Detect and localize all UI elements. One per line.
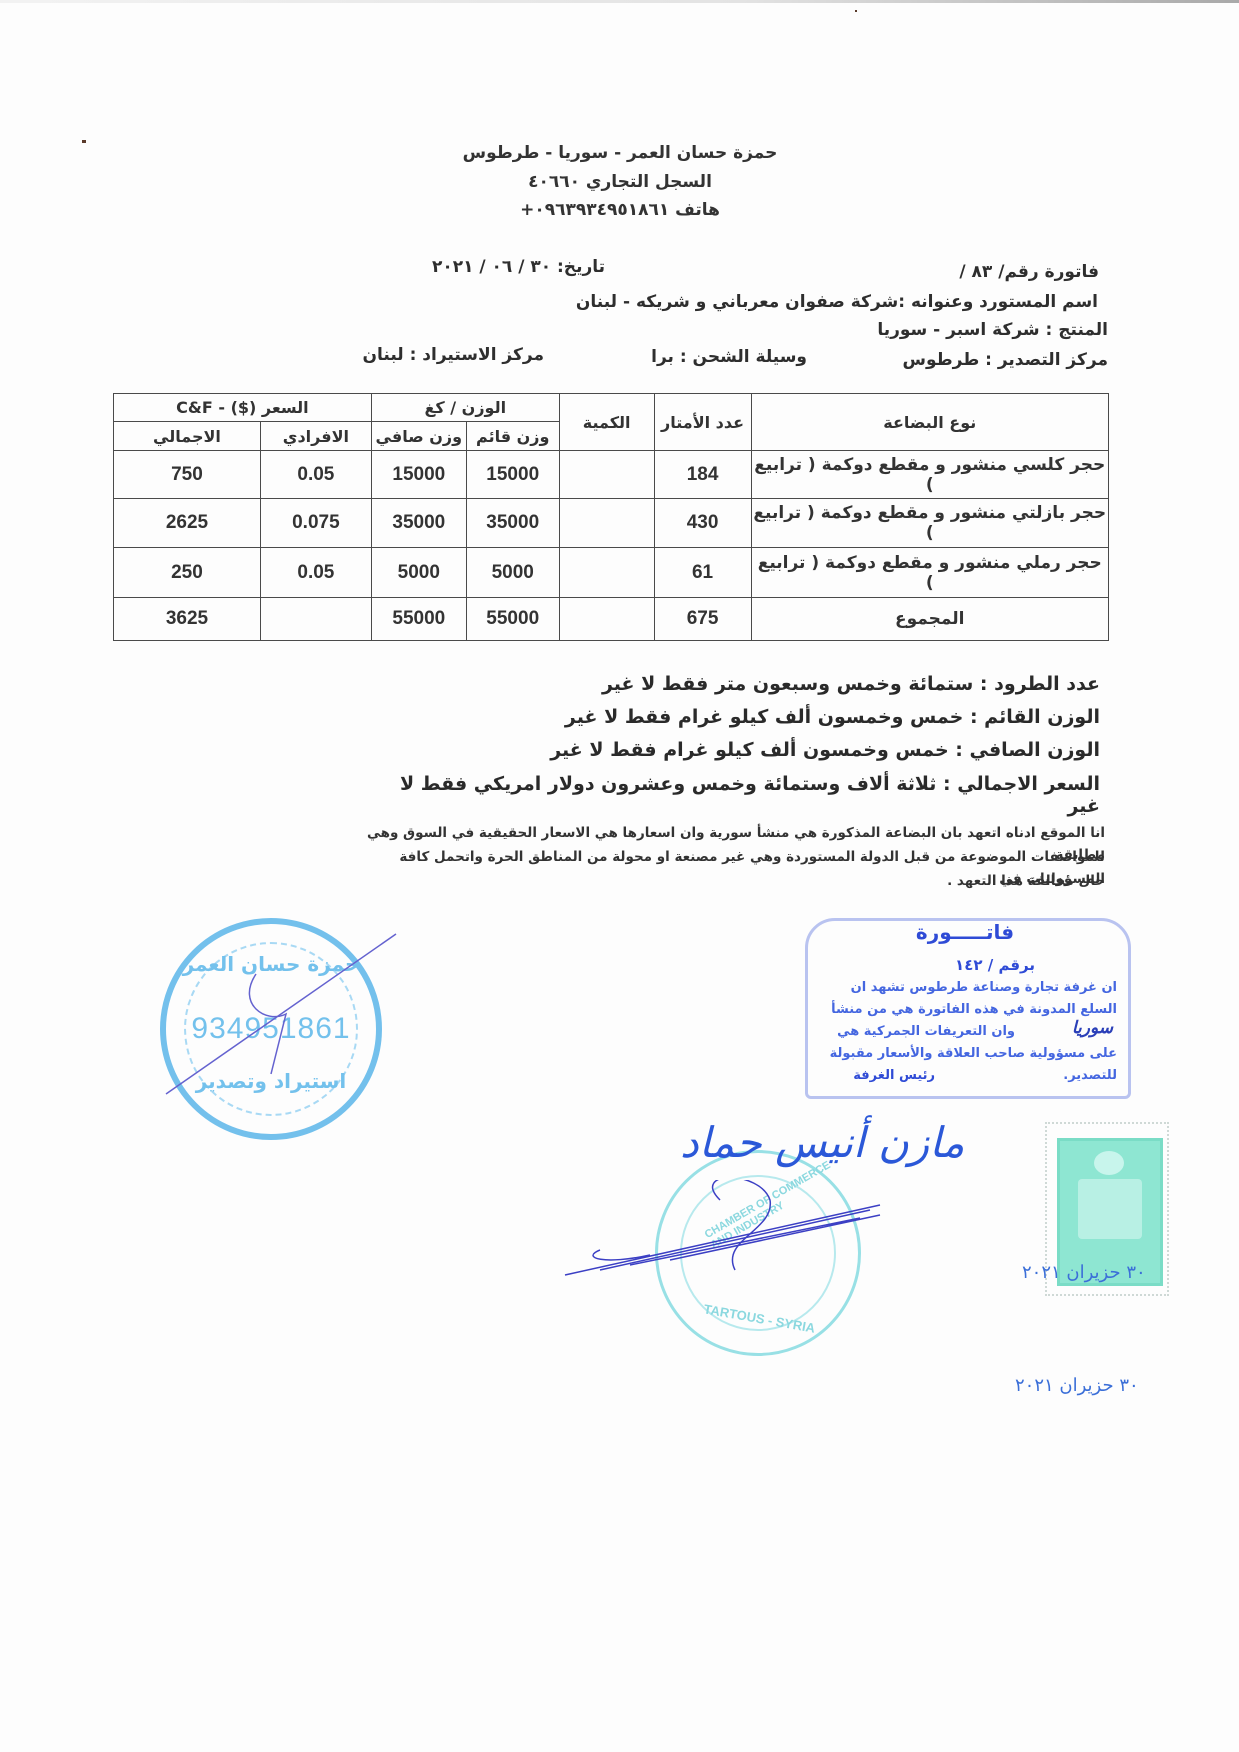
cell-unit-price: 0.05: [260, 451, 371, 499]
header-price-group: السعر ($) - C&F: [114, 394, 372, 422]
stamp-cancellation-date: ٣٠ حزيران ٢٠٢١: [1022, 1262, 1146, 1283]
cell-quantity: [559, 499, 654, 548]
cell-quantity: [559, 451, 654, 499]
net-weight-in-words: الوزن الصافي : خمس وخمسون ألف كيلو غرام …: [380, 739, 1100, 761]
commercial-register: السجل التجاري ٤٠٦٦٠: [420, 172, 820, 192]
table-row: حجر بازلتي منشور و مقطع دوكمة ( ترابيع )…: [114, 499, 1109, 548]
declaration-line-3: حال مخالفة هذا التعهد .: [325, 870, 1105, 892]
cell-goods-type: حجر رملي منشور و مقطع دوكمة ( ترابيع ): [751, 548, 1109, 598]
stamp-line-4: على مسؤولية صاحب العلاقة والأسعار مقبولة: [807, 1046, 1117, 1061]
shipping-method: وسيلة الشحن : برا: [651, 347, 807, 367]
signature-stroke-icon: [146, 914, 406, 1114]
cell-net-weight: 15000: [371, 451, 466, 499]
cell-gross-weight: 5000: [466, 548, 559, 598]
header-gross-weight: وزن قائم: [466, 422, 559, 451]
packages-in-words: عدد الطرود : ستمائة وخمس وسبعون متر فقط …: [380, 673, 1100, 695]
stamp-line-2: السلع المدونة في هذه الفاتورة هي من منشأ: [807, 1002, 1117, 1017]
header-quantity: الكمية: [559, 394, 654, 451]
scan-speck: [82, 140, 86, 143]
stamp-line-5-right: للتصدير.: [1047, 1068, 1117, 1083]
cell-gross-weight: 15000: [466, 451, 559, 499]
phone-number: هاتف ٠٩٦٣٩٣٤٩٥١٨٦١+: [420, 200, 820, 220]
header-net-weight: وزن صافي: [371, 422, 466, 451]
total-price-in-words: السعر الاجمالي : ثلاثة ألاف وستمائة وخمس…: [380, 773, 1100, 817]
cell-goods-type: حجر كلسي منشور و مقطع دوكمة ( ترابيع ): [751, 451, 1109, 499]
cell-total-unit-price: [260, 598, 371, 641]
company-name-line: حمزة حسان العمر - سوريا - طرطوس: [420, 143, 820, 163]
stamp-line-1: ان غرفة تجارة وصناعة طرطوس تشهد ان: [807, 980, 1117, 995]
import-center: مركز الاستيراد : لبنان: [363, 345, 544, 365]
gross-weight-in-words: الوزن القائم : خمس وخمسون ألف كيلو غرام …: [380, 706, 1100, 728]
table-row: حجر رملي منشور و مقطع دوكمة ( ترابيع ) 6…: [114, 548, 1109, 598]
cell-total-price: 2625: [114, 499, 261, 548]
cell-total-price: 750: [114, 451, 261, 499]
header-goods-type: نوع البضاعة: [751, 394, 1109, 451]
cell-total-gross-weight: 55000: [466, 598, 559, 641]
signature-scribble-icon: [560, 1180, 900, 1290]
stamp-medal-icon: [1094, 1151, 1124, 1175]
importer-name-address: اسم المستورد وعنوانه :شركة صفوان معرباني…: [576, 292, 1098, 312]
header-total-price: الاجمالي: [114, 422, 261, 451]
cell-total-label: المجموع: [751, 598, 1109, 641]
handwritten-date: ٣٠ حزيران ٢٠٢١: [1015, 1375, 1139, 1396]
cell-net-weight: 5000: [371, 548, 466, 598]
scan-edge: [0, 0, 1239, 3]
cell-meters-count: 61: [654, 548, 751, 598]
invoice-number: فاتورة رقم/ ٨٣ /: [959, 262, 1099, 282]
signature-name: مازن أنيس حماد: [680, 1118, 964, 1167]
cell-unit-price: 0.05: [260, 548, 371, 598]
table-total-row: المجموع 675 55000 55000 3625: [114, 598, 1109, 641]
cell-total-net-weight: 55000: [371, 598, 466, 641]
stamp-handwritten-origin: سوريا: [1023, 1018, 1113, 1038]
cell-total-price: 250: [114, 548, 261, 598]
header-weight-group: الوزن / كغ: [371, 394, 559, 422]
chamber-certification-stamp: فاتـــــورة برقم / ١٤٢ ان غرفة تجارة وصن…: [805, 918, 1125, 1093]
cell-meters-count: 430: [654, 499, 751, 548]
stamp-line-3: وان التعريفات الجمركية هي: [815, 1024, 1015, 1039]
cell-total-price-sum: 3625: [114, 598, 261, 641]
invoice-date: تاريخ: ٣٠ / ٠٦ / ٢٠٢١: [432, 257, 605, 277]
table-row: حجر كلسي منشور و مقطع دوكمة ( ترابيع ) 1…: [114, 451, 1109, 499]
cell-unit-price: 0.075: [260, 499, 371, 548]
stamp-number-line: برقم / ١٤٢: [725, 956, 1035, 974]
cell-total-meters: 675: [654, 598, 751, 641]
company-stamp: حمزة حسان العمر 934951861 استيراد وتصدير: [160, 918, 382, 1140]
header-meters-count: عدد الأمتار: [654, 394, 751, 451]
export-center: مركز التصدير : طرطوس: [902, 350, 1108, 370]
invoice-table: نوع البضاعة عدد الأمتار الكمية الوزن / ك…: [113, 393, 1109, 641]
cell-net-weight: 35000: [371, 499, 466, 548]
table-header-row: نوع البضاعة عدد الأمتار الكمية الوزن / ك…: [114, 394, 1109, 422]
scan-speck: [855, 10, 857, 12]
cell-quantity: [559, 548, 654, 598]
cell-meters-count: 184: [654, 451, 751, 499]
header-unit-price: الافرادي: [260, 422, 371, 451]
stamp-emblem-icon: [1078, 1179, 1142, 1239]
stamp-title: فاتـــــورة: [865, 920, 1065, 944]
stamp-line-5-left: رئيس الغرفة: [845, 1068, 935, 1083]
producer: المنتج : شركة اسبر - سوريا: [877, 320, 1108, 340]
cell-total-quantity: [559, 598, 654, 641]
cell-gross-weight: 35000: [466, 499, 559, 548]
cell-goods-type: حجر بازلتي منشور و مقطع دوكمة ( ترابيع ): [751, 499, 1109, 548]
